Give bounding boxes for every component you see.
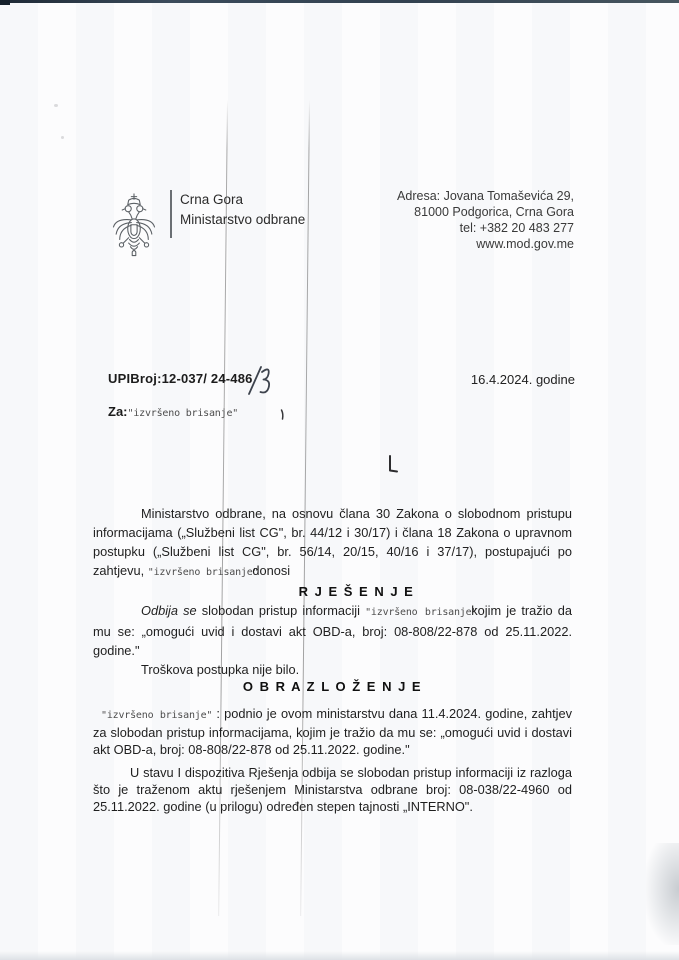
document-date: 16.4.2024. godine (471, 372, 575, 387)
scan-speck (54, 104, 58, 107)
scan-top-corner-artifact (0, 0, 10, 5)
paragraph-intro-tail: donosi (252, 563, 290, 578)
scan-stripes-overlay (0, 0, 679, 960)
redaction-marker: "izvršeno brisanje" (101, 710, 212, 721)
heading-obrazlozenje: O B R A Z L O Ž E N J E (93, 679, 572, 694)
org-country: Crna Gora (180, 190, 305, 210)
za-line: Za:"izvršeno brisanje" (108, 404, 238, 419)
paragraph-reasoning: U stavu I dispozitiva Rješenja odbija se… (93, 764, 572, 815)
document-body-lower: "izvršeno brisanje" : podnio je ovom min… (93, 705, 572, 815)
org-ministry: Ministarstvo odbrane (180, 210, 305, 230)
scan-speck (61, 136, 64, 139)
letterhead-address: Adresa: Jovana Tomaševića 29, 81000 Podg… (397, 188, 574, 252)
paragraph-costs: Troškova postupka nije bilo. (93, 660, 572, 679)
document-body-upper: Ministarstvo odbrane, na osnovu člana 30… (93, 504, 572, 679)
scan-right-smudge-artifact (646, 843, 679, 945)
scan-top-edge-artifact (0, 0, 679, 3)
paragraph-intro: Ministarstvo odbrane, na osnovu člana 30… (93, 504, 572, 582)
address-website: www.mod.gov.me (397, 236, 574, 252)
za-redaction-value: "izvršeno brisanje" (128, 408, 239, 419)
reference-number: UPIBroj:12-037/ 24-486 (108, 371, 253, 386)
montenegro-coat-of-arms-icon (109, 190, 159, 264)
heading-rjesenje: R J E Š E N J E (93, 582, 572, 601)
scanned-document-page: { "header": { "org_line1": "Crna Gora", … (0, 0, 679, 960)
handwritten-tick-mark (279, 408, 287, 422)
za-label: Za: (108, 404, 128, 419)
scan-bottom-edge-artifact (0, 951, 679, 960)
paragraph-decision: Odbija se slobodan pristup informaciji "… (93, 601, 572, 660)
address-city: 81000 Podgorica, Crna Gora (397, 204, 574, 220)
letterhead-org: Crna Gora Ministarstvo odbrane (180, 190, 305, 230)
handwritten-suffix (245, 363, 275, 399)
redaction-marker: "izvršeno brisanje" (365, 607, 477, 618)
decision-lead-italic: Odbija se (141, 603, 197, 618)
address-phone: tel: +382 20 483 277 (397, 220, 574, 236)
handwritten-l-mark (385, 454, 401, 476)
letterhead-divider (170, 190, 172, 238)
paragraph-request: "izvršeno brisanje" : podnio je ovom min… (93, 705, 572, 758)
decision-mid-text: slobodan pristup informaciji (197, 603, 365, 618)
redaction-marker: "izvršeno brisanje" (148, 567, 259, 578)
address-street: Adresa: Jovana Tomaševića 29, (397, 188, 574, 204)
